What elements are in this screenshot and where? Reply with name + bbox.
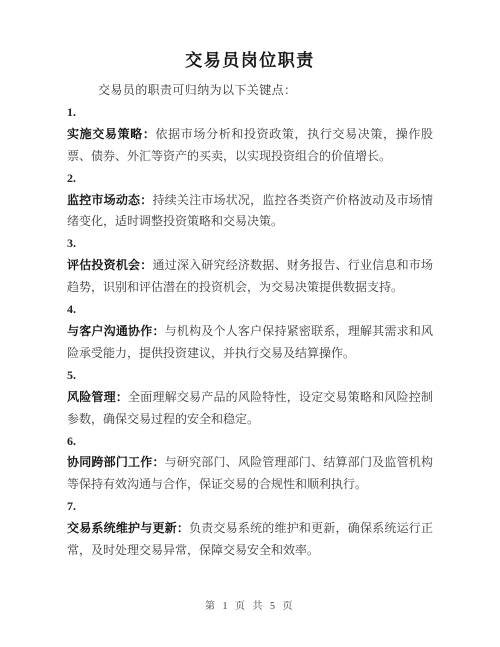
list-item-heading: 交易系统维护与更新： [67, 521, 189, 535]
page-title: 交易员岗位职责 [0, 51, 500, 71]
list-item-heading: 监控市场动态： [67, 193, 152, 207]
list-item-number: 6. [67, 431, 433, 453]
list-item: 交易系统维护与更新：负责交易系统的维护和更新，确保系统运行正常，及时处理交易异常… [67, 518, 433, 562]
list-item-number: 2. [67, 168, 433, 190]
document-body: 交易员的职责可归纳为以下关键点： 1. 实施交易策略：依据市场分析和投资政策，执… [67, 80, 433, 562]
list-item-heading: 风险管理： [67, 390, 128, 404]
intro-paragraph: 交易员的职责可归纳为以下关键点： [67, 80, 433, 102]
list-item-heading: 协同跨部门工作： [67, 455, 165, 469]
list-item-heading: 评估投资机会： [67, 258, 152, 272]
list-item: 监控市场动态：持续关注市场状况，监控各类资产价格波动及市场情绪变化，适时调整投资… [67, 190, 433, 234]
list-item-number: 7. [67, 496, 433, 518]
document-page: 交易员岗位职责 交易员的职责可归纳为以下关键点： 1. 实施交易策略：依据市场分… [0, 0, 500, 647]
list-item-number: 3. [67, 233, 433, 255]
list-item-number: 4. [67, 299, 433, 321]
list-item-heading: 实施交易策略： [67, 127, 156, 141]
list-item: 协同跨部门工作：与研究部门、风险管理部门、结算部门及监管机构等保持有效沟通与合作… [67, 452, 433, 496]
list-item-number: 5. [67, 365, 433, 387]
list-item: 与客户沟通协作：与机构及个人客户保持紧密联系，理解其需求和风险承受能力，提供投资… [67, 321, 433, 365]
list-item: 风险管理：全面理解交易产品的风险特性，设定交易策略和风险控制参数，确保交易过程的… [67, 387, 433, 431]
list-item: 实施交易策略：依据市场分析和投资政策，执行交易决策，操作股票、债券、外汇等资产的… [67, 124, 433, 168]
list-item-number: 1. [67, 102, 433, 124]
page-number-footer: 第 1 页 共 5 页 [0, 599, 500, 615]
list-item-heading: 与客户沟通协作： [67, 324, 165, 338]
list-item: 评估投资机会：通过深入研究经济数据、财务报告、行业信息和市场趋势，识别和评估潜在… [67, 255, 433, 299]
